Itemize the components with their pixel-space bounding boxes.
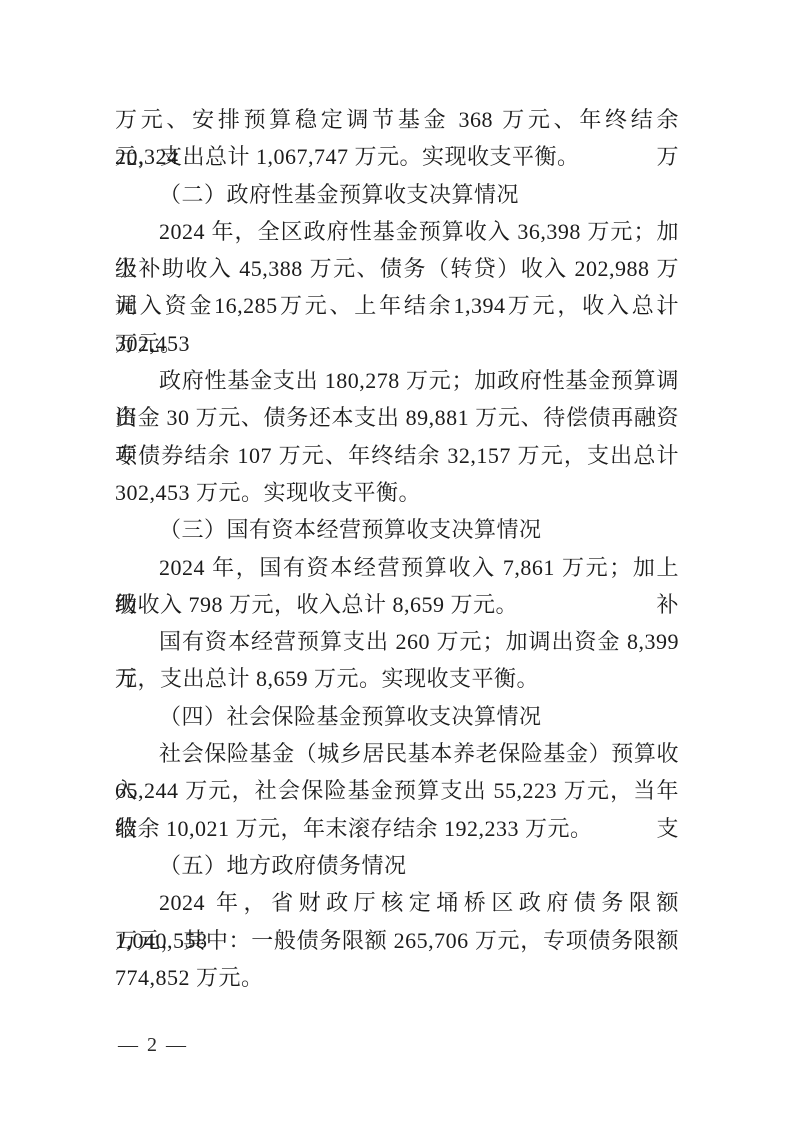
document-body: 万元、安排预算稳定调节基金 368 万元、年终结余 20,324 万元，支出总计… — [115, 101, 679, 996]
text-line: 社会保险基金（城乡居民基本养老保险基金）预算收入 — [115, 735, 679, 772]
text-line: 2024 年，国有资本经营预算收入 7,861 万元；加上级补 — [115, 549, 679, 586]
paragraph: 2024 年，省财政厅核定埇桥区政府债务限额 1,040,558万元，其中：一般… — [115, 884, 679, 996]
section-heading: （二）政府性基金预算收支决算情况 — [115, 176, 679, 213]
text-line: 级补助收入 45,388 万元、债务（转贷）收入 202,988 万元、 — [115, 250, 679, 287]
text-line: （二）政府性基金预算收支决算情况 — [115, 176, 679, 213]
section-heading: （四）社会保险基金预算收支决算情况 — [115, 698, 679, 735]
text-line: 国有资本经营预算支出 260 万元；加调出资金 8,399 万 — [115, 623, 679, 660]
text-line: 万元。 — [115, 325, 679, 362]
text-line: 65,244 万元，社会保险基金预算支出 55,223 万元，当年收支 — [115, 772, 679, 809]
text-line: 2024 年，全区政府性基金预算收入 36,398 万元；加上 — [115, 213, 679, 250]
text-line: 万元，其中：一般债务限额 265,706 万元，专项债务限额 — [115, 922, 679, 959]
text-line: （五）地方政府债务情况 — [115, 847, 679, 884]
document-page: 万元、安排预算稳定调节基金 368 万元、年终结余 20,324 万元，支出总计… — [0, 0, 793, 1122]
paragraph: 2024 年，全区政府性基金预算收入 36,398 万元；加上级补助收入 45,… — [115, 213, 679, 362]
paragraph: 2024 年，国有资本经营预算收入 7,861 万元；加上级补助收入 798 万… — [115, 549, 679, 624]
paragraph: 国有资本经营预算支出 260 万元；加调出资金 8,399 万元，支出总计 8,… — [115, 623, 679, 698]
text-line: 万元、安排预算稳定调节基金 368 万元、年终结余 20,324 万 — [115, 101, 679, 138]
paragraph: 万元、安排预算稳定调节基金 368 万元、年终结余 20,324 万元，支出总计… — [115, 101, 679, 176]
paragraph: 政府性基金支出 180,278 万元；加政府性基金预算调出资金 30 万元、债务… — [115, 362, 679, 511]
text-line: 774,852 万元。 — [115, 959, 679, 996]
paragraph: 社会保险基金（城乡居民基本养老保险基金）预算收入65,244 万元，社会保险基金… — [115, 735, 679, 847]
text-line: 元，支出总计 8,659 万元。实现收支平衡。 — [115, 660, 679, 697]
page-number: — 2 — — [118, 1030, 188, 1060]
text-line: 调入资金16,285万元、上年结余1,394万元，收入总计302,453 — [115, 287, 679, 324]
text-line: 资金 30 万元、债务还本支出 89,881 万元、待偿债再融资专 — [115, 399, 679, 436]
text-line: 项债券结余 107 万元、年终结余 32,157 万元，支出总计 — [115, 437, 679, 474]
text-line: 2024 年，省财政厅核定埇桥区政府债务限额 1,040,558 — [115, 884, 679, 921]
text-line: 302,453 万元。实现收支平衡。 — [115, 474, 679, 511]
section-heading: （五）地方政府债务情况 — [115, 847, 679, 884]
section-heading: （三）国有资本经营预算收支决算情况 — [115, 511, 679, 548]
text-line: （四）社会保险基金预算收支决算情况 — [115, 698, 679, 735]
text-line: 政府性基金支出 180,278 万元；加政府性基金预算调出 — [115, 362, 679, 399]
text-line: （三）国有资本经营预算收支决算情况 — [115, 511, 679, 548]
